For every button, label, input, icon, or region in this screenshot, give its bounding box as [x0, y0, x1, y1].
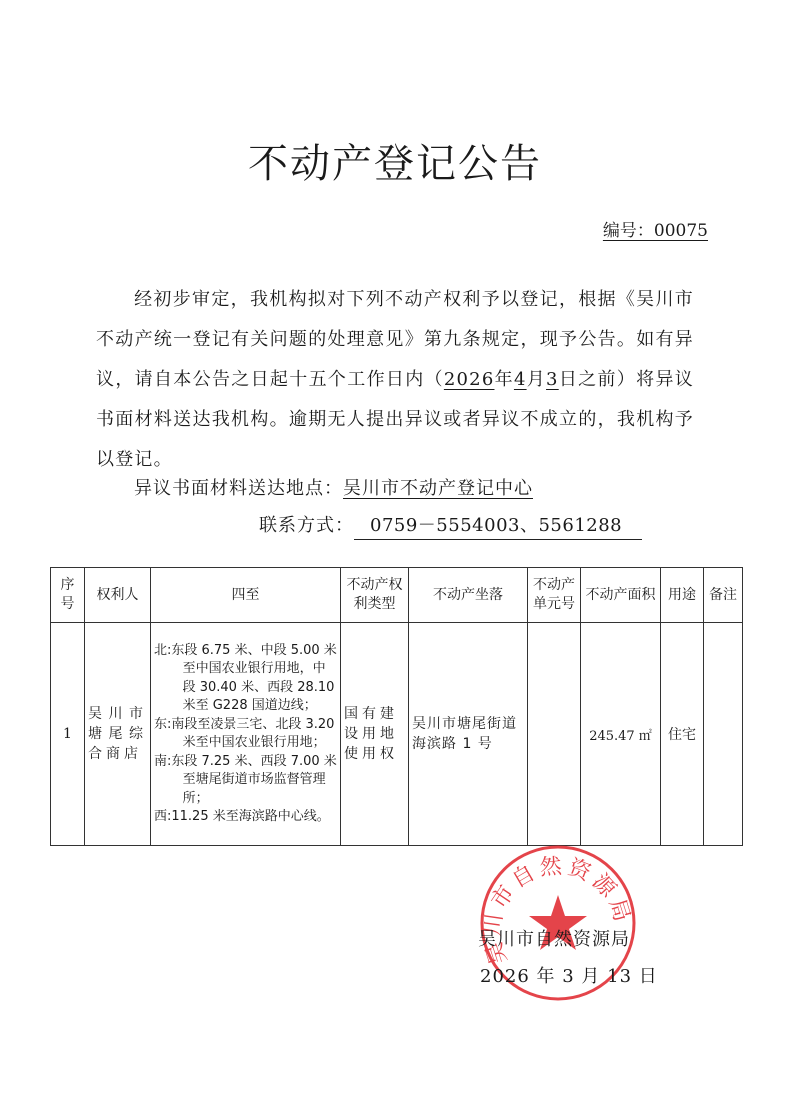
notice-paragraph: 经初步审定，我机构拟对下列不动产权利予以登记，根据《吴川市不动产统一登记有关问题…	[96, 280, 694, 480]
contact-label: 联系方式：	[259, 515, 354, 536]
objection-address: 异议书面材料送达地点：吴川市不动产登记中心	[134, 474, 533, 500]
header-right-type: 不动产权利类型	[341, 568, 409, 623]
month-label: 月	[527, 369, 546, 390]
table-header-row: 序号 权利人 四至 不动产权利类型 不动产坐落 不动产单元号 不动产面积 用途 …	[51, 568, 743, 623]
table-row: 1 吴川市塘尾综合商店 北:东段 6.75 米、中段 5.00 米至中国农业银行…	[51, 623, 743, 846]
deadline-month: 4	[514, 369, 527, 390]
registration-table: 序号 权利人 四至 不动产权利类型 不动产坐落 不动产单元号 不动产面积 用途 …	[50, 567, 743, 846]
deadline-year: 2026	[444, 369, 495, 390]
cell-right-type: 国有建设用地使用权	[341, 623, 409, 846]
cell-no: 1	[51, 623, 85, 846]
header-unit-no: 不动产单元号	[528, 568, 581, 623]
issue-date: 2026 年 3 月 13 日	[480, 962, 658, 988]
cell-area: 245.47 ㎡	[581, 623, 661, 846]
header-area: 不动产面积	[581, 568, 661, 623]
cell-bounds: 北:东段 6.75 米、中段 5.00 米至中国农业银行用地，中段 30.40 …	[151, 623, 341, 846]
cell-location: 吴川市塘尾街道海滨路 1 号	[409, 623, 528, 846]
cell-unit-no	[528, 623, 581, 846]
document-number: 编号：00075	[603, 216, 708, 241]
contact-info: 联系方式：0759－5554003、5561288	[259, 511, 642, 540]
objection-address-label: 异议书面材料送达地点：	[134, 478, 343, 499]
cell-owner: 吴川市塘尾综合商店	[85, 623, 151, 846]
header-no: 序号	[51, 568, 85, 623]
header-owner: 权利人	[85, 568, 151, 623]
bound-west: 西:11.25 米至海滨路中心线。	[154, 808, 337, 827]
header-usage: 用途	[661, 568, 704, 623]
year-label: 年	[494, 369, 513, 390]
header-bounds: 四至	[151, 568, 341, 623]
cell-usage: 住宅	[661, 623, 704, 846]
header-location: 不动产坐落	[409, 568, 528, 623]
objection-address-value: 吴川市不动产登记中心	[343, 478, 533, 499]
header-remark: 备注	[704, 568, 743, 623]
bound-north: 北:东段 6.75 米、中段 5.00 米至中国农业银行用地，中段 30.40 …	[154, 642, 337, 716]
deadline-day: 3	[546, 369, 559, 390]
contact-value: 0759－5554003、5561288	[354, 511, 642, 540]
issuing-organization: 吴川市自然资源局	[478, 925, 630, 951]
page-title: 不动产登记公告	[0, 132, 790, 189]
bound-south: 南:东段 7.25 米、西段 7.00 米至塘尾街道市场监督管理所；	[154, 753, 337, 809]
cell-remark	[704, 623, 743, 846]
bound-east: 东:南段至凌景三宅、北段 3.20 米至中国农业银行用地；	[154, 716, 337, 753]
